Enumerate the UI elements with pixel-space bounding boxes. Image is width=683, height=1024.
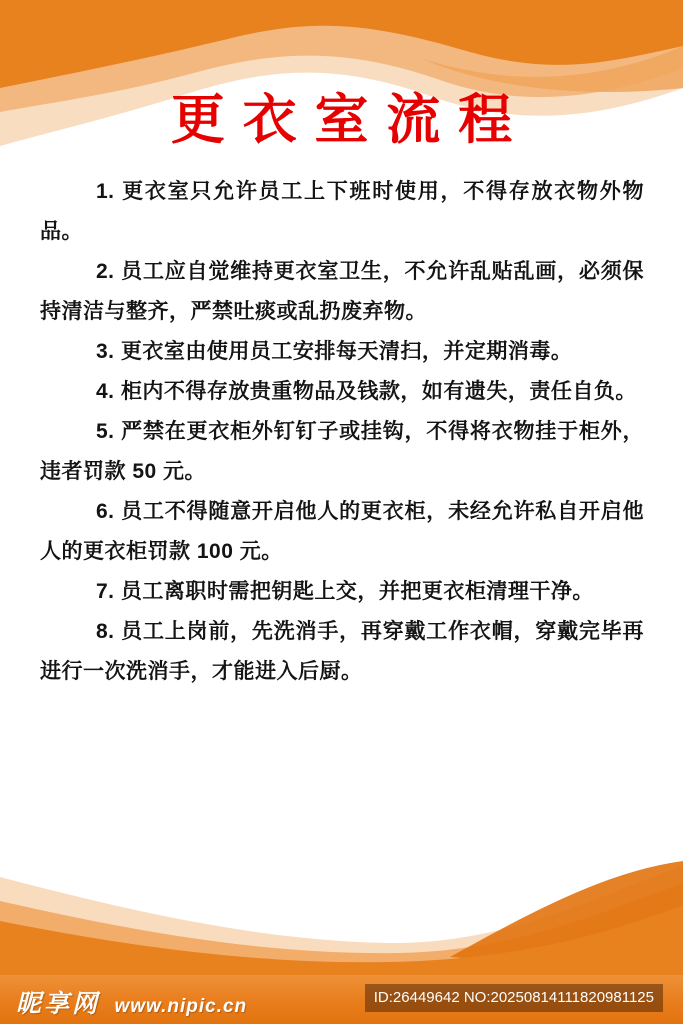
- rule-item-2: 2. 员工应自觉维持更衣室卫生，不允许乱贴乱画，必须保持清洁与整齐，严禁吐痰或乱…: [40, 252, 644, 332]
- bottom-wave-decoration: [0, 849, 683, 975]
- rule-item-7: 7. 员工离职时需把钥匙上交，并把更衣柜清理干净。: [40, 572, 644, 612]
- nipic-logo: 昵享网 www.nipic.cn: [16, 984, 247, 1020]
- rule-item-1: 1. 更衣室只允许员工上下班时使用，不得存放衣物外物品。: [40, 172, 644, 252]
- page-title: 更衣室流程: [0, 82, 683, 158]
- rule-item-4: 4. 柜内不得存放贵重物品及钱款，如有遗失，责任自负。: [40, 372, 644, 412]
- rules-list: 1. 更衣室只允许员工上下班时使用，不得存放衣物外物品。 2. 员工应自觉维持更…: [40, 172, 644, 692]
- site-url-text: www.nipic.cn: [114, 996, 247, 1017]
- rule-item-6: 6. 员工不得随意开启他人的更衣柜，未经允许私自开启他人的更衣柜罚款 100 元…: [40, 492, 644, 572]
- watermark-footer-bar: 昵享网 www.nipic.cn ID:26449642 NO:20250814…: [0, 975, 683, 1024]
- rule-item-5: 5. 严禁在更衣柜外钉钉子或挂钩，不得将衣物挂于柜外，违者罚款 50 元。: [40, 412, 644, 492]
- site-name-logo-text: 昵享网: [16, 990, 100, 1018]
- rule-item-3: 3. 更衣室由使用员工安排每天清扫，并定期消毒。: [40, 332, 644, 372]
- rule-item-8: 8. 员工上岗前，先洗消手，再穿戴工作衣帽，穿戴完毕再进行一次洗消手，才能进入后…: [40, 612, 644, 692]
- image-id-badge: ID:26449642 NO:20250814111820981125: [365, 984, 663, 1012]
- changing-room-notice-poster: 更衣室流程 1. 更衣室只允许员工上下班时使用，不得存放衣物外物品。 2. 员工…: [0, 0, 683, 1024]
